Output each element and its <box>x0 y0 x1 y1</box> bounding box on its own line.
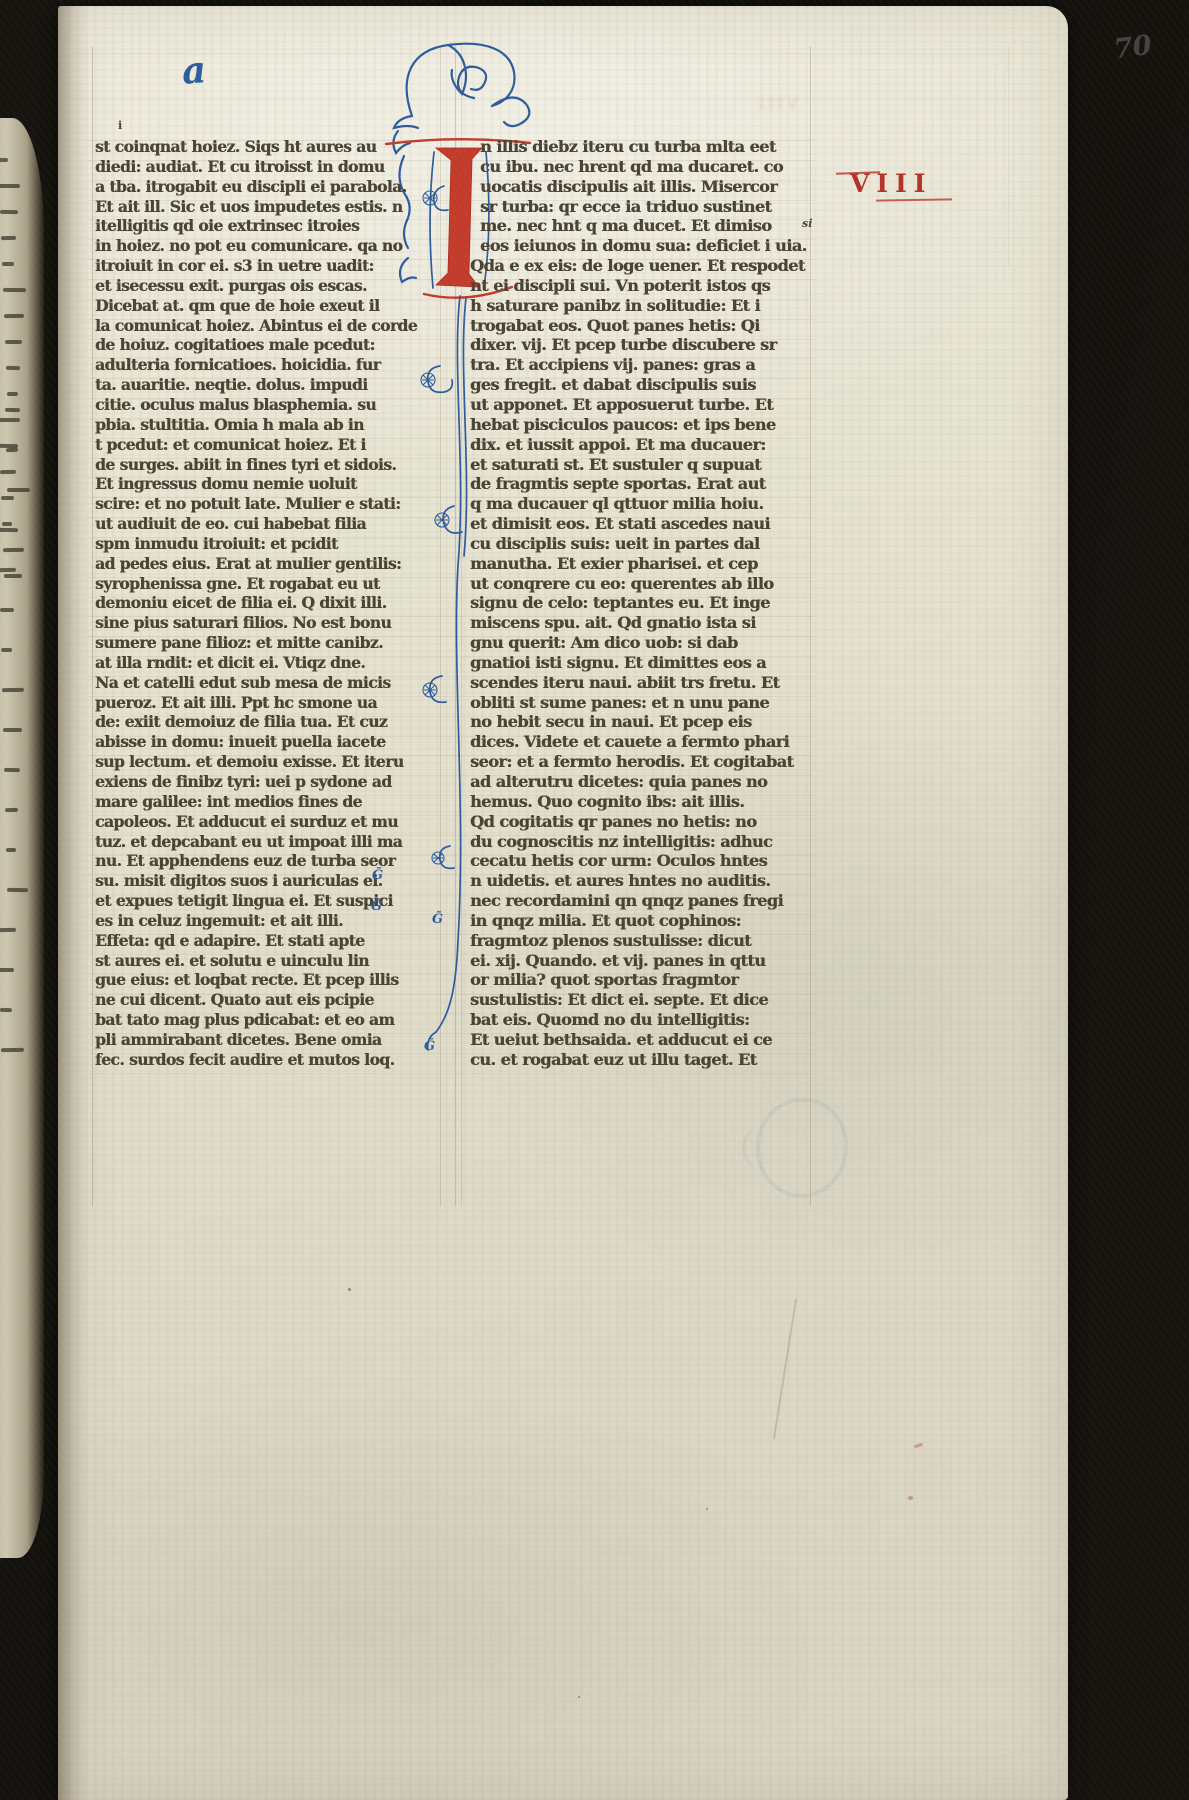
text-line: obliti st sume panes: et n unu pane <box>470 693 818 713</box>
edge-text-fragment <box>6 848 16 852</box>
text-line: gue eius: et loqbat recte. Et pcep illis <box>95 970 407 990</box>
text-line: Et ueiut bethsaida. et adducut ei ce <box>470 1030 818 1050</box>
edge-text-fragment <box>3 548 24 552</box>
text-line: et expues tetigit lingua ei. Et suspici <box>95 891 407 911</box>
text-line: citie. oculus malus blasphemia. su <box>95 395 407 415</box>
text-line: in hoiez. no pot eu comunicare. qa no <box>95 236 407 256</box>
text-line: ut conqrere cu eo: querentes ab illo <box>470 574 818 594</box>
manuscript-photo: a i si <box>0 0 1189 1800</box>
text-line: sumere pane filioz: et mitte canibz. <box>95 633 407 653</box>
text-line: mare galilee: int medios fines de <box>95 792 407 812</box>
text-line: no hebit secu in naui. Et pcep eis <box>470 712 818 732</box>
text-line: hebat pisciculos paucos: et ips bene <box>470 415 818 435</box>
text-line: spm inmudu itroiuit: et pcidit <box>95 534 407 554</box>
text-line: cu disciplis suis: ueit in partes dal <box>470 534 818 554</box>
edge-text-fragment <box>0 184 20 188</box>
text-line: abisse in domu: inueit puella iacete <box>95 732 407 752</box>
text-line: Qd cogitatis qr panes no hetis: no <box>470 812 818 832</box>
ruling-line-vertical <box>92 46 93 1206</box>
edge-text-fragment <box>6 448 18 452</box>
edge-text-fragment <box>0 968 14 972</box>
text-line: dixer. vij. Et pcep turbe discubere sr <box>470 335 818 355</box>
edge-text-fragment <box>0 568 16 572</box>
text-line: manutha. Et exier pharisei. et cep <box>470 554 818 574</box>
text-line: ta. auaritie. neqtie. dolus. impudi <box>95 375 407 395</box>
margin-tie-mark: G̃ <box>372 868 383 883</box>
text-line: de hoiuz. cogitatioes male pcedut: <box>95 335 407 355</box>
text-line: q ma ducauer ql qttuor milia hoiu. <box>470 494 818 514</box>
text-line: nu. Et apphendens euz de turba seor <box>95 851 407 871</box>
quire-mark: a <box>180 47 207 93</box>
text-line: adulteria fornicatioes. hoicidia. fur <box>95 355 407 375</box>
edge-text-fragment <box>6 366 20 370</box>
text-line: la comunicat hoiez. Abintus ei de corde <box>95 316 407 336</box>
text-line: nec recordamini qn qnqz panes fregi <box>470 891 818 911</box>
parchment-page: a i si <box>58 6 1068 1800</box>
ruling-line-horizontal <box>88 1073 814 1074</box>
edge-text-fragment <box>0 470 16 474</box>
text-line: demoniu eicet de filia ei. Q dixit illi. <box>95 593 407 613</box>
text-line: hemus. Quo cognito ibs: ait illis. <box>470 792 818 812</box>
text-line: uocatis discipulis ait illis. Misercor <box>470 177 818 197</box>
text-line: de: exiit demoiuz de filia tua. Et cuz <box>95 712 407 732</box>
edge-text-fragment <box>1 236 16 240</box>
text-line: Et ait ill. Sic et uos impudetes estis. … <box>95 197 407 217</box>
text-line: n uidetis. et aures hntes no auditis. <box>470 871 818 891</box>
text-line: de fragmtis septe sportas. Erat aut <box>470 474 818 494</box>
text-line: sup lectum. et demoiu exisse. Et iteru <box>95 752 407 772</box>
text-line: itroiuit in cor ei. s3 in uetre uadit: <box>95 256 407 276</box>
text-column-left: st coinqnat hoiez. Siqs ht aures audiedi… <box>95 137 407 1070</box>
text-line: signu de celo: teptantes eu. Et inge <box>470 593 818 613</box>
text-line: ut apponet. Et apposuerut turbe. Et <box>470 395 818 415</box>
text-line: ad alterutru dicetes: quia panes no <box>470 772 818 792</box>
edge-text-fragment <box>7 888 28 892</box>
text-line: t pcedut: et comunicat hoiez. Et i <box>95 435 407 455</box>
text-line: miscens spu. ait. Qd gnatio ista si <box>470 613 818 633</box>
text-line: eos ieiunos in domu sua: deficiet i uia. <box>470 236 818 256</box>
ruling-line-horizontal <box>72 53 1048 54</box>
edge-text-fragment <box>1 648 12 652</box>
text-line: Effeta: qd e adapire. Et stati apte <box>95 931 407 951</box>
text-line: pbia. stultitia. Omia h mala ab in <box>95 415 407 435</box>
text-line: fec. surdos fecit audire et mutos loq. <box>95 1050 407 1070</box>
edge-text-fragment <box>5 808 18 812</box>
text-line: or milia? quot sportas fragmtor <box>470 970 818 990</box>
text-line: bat tato mag plus pdicabat: et eo am <box>95 1010 407 1030</box>
text-line: diedi: audiat. Et cu itroisst in domu <box>95 157 407 177</box>
text-line: ad pedes eius. Erat at mulier gentilis: <box>95 554 407 574</box>
edge-text-fragment <box>7 488 30 492</box>
edge-text-fragment <box>2 262 14 266</box>
text-line: Et ingressus domu nemie uoluit <box>95 474 407 494</box>
chapter-numeral: VIII <box>850 169 932 198</box>
text-line: syrophenissa gne. Et rogabat eu ut <box>95 574 407 594</box>
text-line: et dimisit eos. Et stati ascedes naui <box>470 514 818 534</box>
text-line: ne cui dicent. Quato aut eis pcipie <box>95 990 407 1010</box>
margin-tie-mark: G̃ <box>432 912 443 927</box>
text-line: pueroz. Et ait illi. Ppt hc smone ua <box>95 693 407 713</box>
edge-text-fragment <box>0 1008 12 1012</box>
text-line: st coinqnat hoiez. Siqs ht aures au <box>95 137 407 157</box>
text-line: at illa rndit: et dicit ei. Vtiqz dne. <box>95 653 407 673</box>
text-line: seor: et a fermto herodis. Et cogitabat <box>470 752 818 772</box>
edge-text-fragment <box>0 608 14 612</box>
edge-text-fragment <box>1 1048 24 1052</box>
text-line: ut audiuit de eo. cui habebat filia <box>95 514 407 534</box>
edge-text-fragment <box>5 340 22 344</box>
text-line: de surges. abiit in fines tyri et sidois… <box>95 455 407 475</box>
text-line: Qda e ex eis: de loge uener. Et respodet <box>470 256 818 276</box>
text-line: sr turba: qr ecce ia triduo sustinet <box>470 197 818 217</box>
text-line: Na et catelli edut sub mesa de micis <box>95 673 407 693</box>
ruling-line-vertical <box>1008 46 1009 266</box>
text-line: cecatu hetis cor urm: Oculos hntes <box>470 851 818 871</box>
text-line: gnatioi isti signu. Et dimittes eos a <box>470 653 818 673</box>
text-line: exiens de finibz tyri: uei p sydone ad <box>95 772 407 792</box>
red-speck <box>914 1443 923 1449</box>
edge-text-fragment <box>2 522 12 526</box>
text-line: Dicebat at. qm que de hoie exeut il <box>95 296 407 316</box>
text-line: tuz. et depcabant eu ut impoat illi ma <box>95 832 407 852</box>
ruling-line-horizontal <box>72 99 1048 100</box>
text-line: scendes iteru naui. abiit trs fretu. Et <box>470 673 818 693</box>
text-line: ei. xij. Quando. et vij. panes in qttu <box>470 951 818 971</box>
text-line: cu ibu. nec hrent qd ma ducaret. co <box>470 157 818 177</box>
text-line: tra. Et accipiens vij. panes: gras a <box>470 355 818 375</box>
edge-text-fragment <box>0 158 8 162</box>
rubric-stroke <box>876 198 952 201</box>
text-line: et saturati st. Et sustuler q supuat <box>470 455 818 475</box>
text-line: dix. et iussit appoi. Et ma ducauer: <box>470 435 818 455</box>
edge-text-fragment <box>0 528 18 532</box>
edge-text-fragment <box>0 418 20 422</box>
interlinear-mark: i <box>118 119 122 132</box>
text-line: et isecessu exit. purgas ois escas. <box>95 276 407 296</box>
facing-page-edge <box>0 0 62 1800</box>
text-line: du cognoscitis nz intelligitis: adhuc <box>470 832 818 852</box>
text-line: pli ammirabant dicetes. Bene omia <box>95 1030 407 1050</box>
text-line: es in celuz ingemuit: et ait illi. <box>95 911 407 931</box>
edge-text-fragment <box>3 728 22 732</box>
red-speck <box>908 1496 913 1500</box>
edge-text-fragment <box>7 392 18 396</box>
text-line: bat eis. Quomd no du intelligitis: <box>470 1010 818 1030</box>
scratch-mark <box>773 1299 797 1439</box>
showthrough-ring <box>756 1098 848 1198</box>
speck <box>578 1696 580 1698</box>
text-line: ges fregit. et dabat discipulis suis <box>470 375 818 395</box>
edge-text-fragment <box>5 408 20 412</box>
text-line: n illis diebz iteru cu turba mlta eet <box>470 137 818 157</box>
text-line: a tba. itrogabit eu discipli ei parabola… <box>95 177 407 197</box>
text-line: fragmtoz plenos sustulisse: dicut <box>470 931 818 951</box>
edge-text-fragment <box>4 314 24 318</box>
text-column-right: n illis diebz iteru cu turba mlta eetcu … <box>470 137 818 1070</box>
text-line: capoleos. Et adducut ei surduz et mu <box>95 812 407 832</box>
edge-text-fragment <box>4 768 20 772</box>
text-line: sine pius saturari filios. No est bonu <box>95 613 407 633</box>
edge-text-fragment <box>1 496 14 500</box>
folio-number: 70 <box>1112 30 1153 65</box>
text-line: gnu querit: Am dico uob: si dab <box>470 633 818 653</box>
text-line: h saturare panibz in solitudie: Et i <box>470 296 818 316</box>
text-line: dices. Videte et cauete a fermto phari <box>470 732 818 752</box>
text-line: st aures ei. et solutu e uinculu lin <box>95 951 407 971</box>
edge-text-fragment <box>0 210 18 214</box>
text-line: in qnqz milia. Et quot cophinos: <box>470 911 818 931</box>
text-line: scire: et no potuit late. Mulier e stati… <box>95 494 407 514</box>
speck <box>348 1288 351 1291</box>
text-line: cu. et rogabat euz ut illu taget. Et <box>470 1050 818 1070</box>
edge-text-fragment <box>4 574 22 578</box>
edge-text-fragment <box>2 688 24 692</box>
text-line: nt ei discipli sui. Vn poterit istos qs <box>470 276 818 296</box>
text-line: me. nec hnt q ma ducet. Et dimiso <box>470 216 818 236</box>
showthrough-smudge: VIII <box>578 94 798 113</box>
margin-tie-mark: G̃ <box>424 1039 435 1054</box>
margin-tie-mark: G̃ <box>371 899 382 914</box>
text-line: su. misit digitos suos i auriculas ei. <box>95 871 407 891</box>
gutter-shadow <box>58 6 88 1800</box>
text-line: itelligitis qd oie extrinsec itroies <box>95 216 407 236</box>
facing-page-parchment-sliver <box>0 118 44 1558</box>
edge-text-fragment <box>0 928 16 932</box>
speck <box>706 1508 708 1510</box>
edge-text-fragment <box>3 288 26 292</box>
text-line: trogabat eos. Quot panes hetis: Qi <box>470 316 818 336</box>
text-line: sustulistis: Et dict ei. septe. Et dice <box>470 990 818 1010</box>
